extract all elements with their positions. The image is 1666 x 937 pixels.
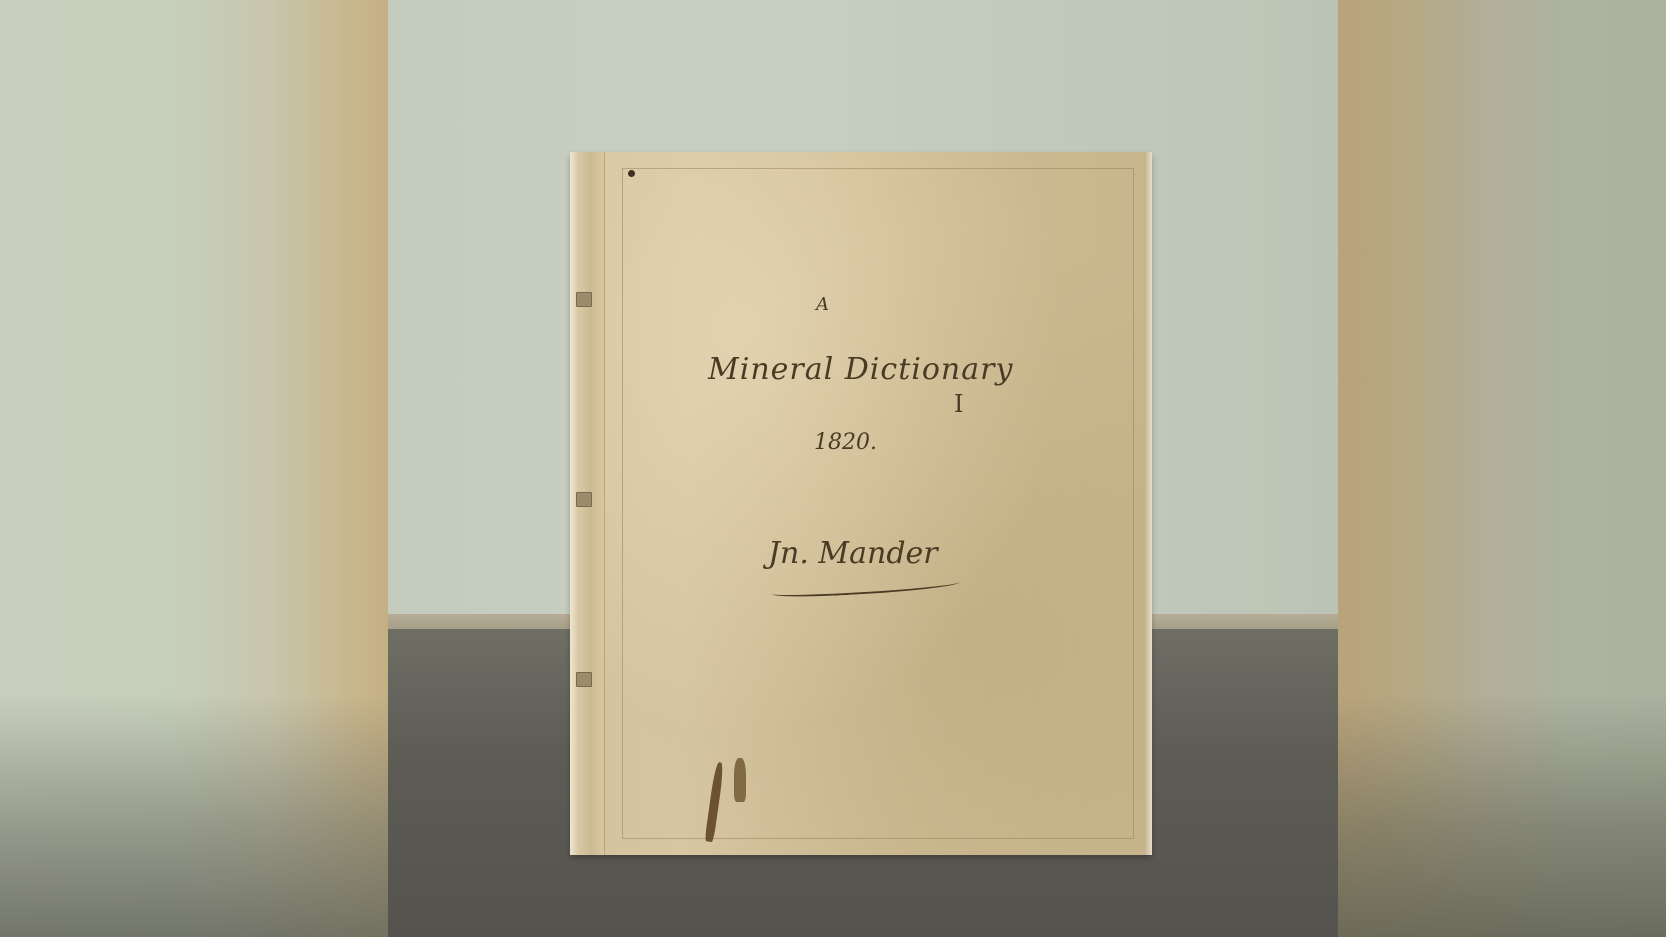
ink-stain [734, 758, 746, 802]
binding-tie [576, 292, 592, 307]
book-fore-edge [1144, 152, 1152, 855]
cover-volume-number: I [954, 390, 963, 418]
cover-title: Mineral Dictionary [708, 352, 1013, 387]
blurred-side-panel-left [0, 0, 388, 937]
cover-title-article: A [816, 294, 829, 315]
binding-tie [576, 672, 592, 687]
cover-year: 1820. [814, 430, 877, 455]
cover-spot [628, 170, 635, 177]
blurred-side-panel-right [1338, 0, 1666, 937]
cover-border-line [622, 168, 1134, 839]
owner-signature: Jn. Mander [768, 536, 938, 571]
vellum-book: A Mineral Dictionary I 1820. Jn. Mander [570, 152, 1152, 855]
book-spine [570, 152, 605, 855]
book-photograph: A Mineral Dictionary I 1820. Jn. Mander [388, 0, 1338, 937]
binding-tie [576, 492, 592, 507]
